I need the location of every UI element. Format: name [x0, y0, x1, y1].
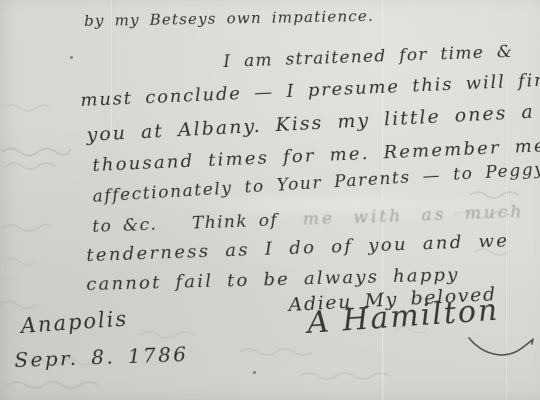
letter-line: I am straitened for time & [223, 42, 514, 72]
letter-line: by my Betseys own impatience. [84, 7, 374, 30]
manuscript-page: by my Betseys own impatience. I am strai… [0, 0, 540, 400]
ink-speck [70, 56, 73, 59]
letter-line: tenderness as I do of you and we [86, 230, 510, 266]
letter-place: Anapolis [20, 307, 129, 338]
letter-date: Sepr. 8. 1786 [14, 342, 189, 372]
ink-speck [253, 371, 256, 374]
letter-line-segment: to &c. [92, 215, 158, 237]
letter-line-segment: Think of [192, 211, 279, 234]
signature-flourish [468, 330, 534, 362]
